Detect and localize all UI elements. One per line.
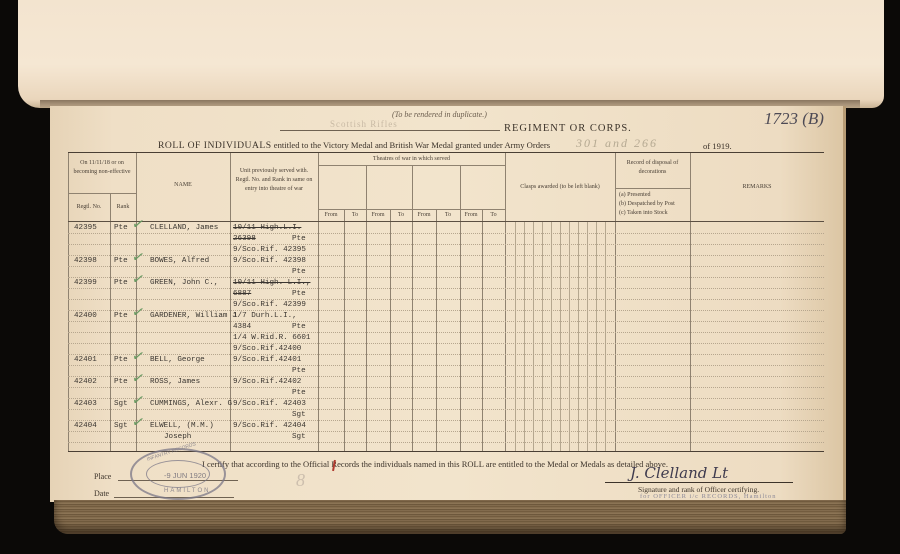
stamp-bottom-text: HAMILTON <box>164 488 210 494</box>
unit-line: 1/4 W.Rid.R. 6601 <box>233 334 310 342</box>
regtl-no: 42402 <box>74 378 97 386</box>
to-header-3: To <box>436 211 460 220</box>
unit-header: Unit previously served with. Regtl. No. … <box>232 167 316 194</box>
row-rule <box>68 332 824 333</box>
row-rule <box>68 244 824 245</box>
unit-line: 9/Sco.Rif. 42395 <box>233 246 306 254</box>
unit-rank: Pte <box>292 367 306 375</box>
checkmark-icon: ✓ <box>130 302 146 322</box>
row-rule <box>68 431 824 432</box>
rank-header: Rank <box>110 203 136 212</box>
remarks-header: REMARKS <box>690 183 824 192</box>
rank: Pte <box>114 356 128 364</box>
row-rule <box>68 365 824 366</box>
row-rule <box>68 255 824 256</box>
header-line <box>318 165 505 166</box>
regtl-no-header: Regtl. No. <box>68 203 110 212</box>
unit-rank: Sgt <box>292 433 306 441</box>
regiment-underline <box>280 130 500 131</box>
row-rule <box>68 420 824 421</box>
soldier-name: ELWELL, (M.M.) <box>150 422 214 430</box>
col-line <box>482 209 483 451</box>
pencil-annotation: 8 <box>296 470 305 491</box>
header-line <box>615 188 690 189</box>
disposal-option-c: (c) Taken into Stock <box>619 209 691 218</box>
row-rule <box>68 398 824 399</box>
name-header: NAME <box>136 181 230 190</box>
col-line <box>615 153 616 451</box>
unit-line: 10/11 High.L.I. <box>233 224 301 232</box>
row-rule <box>68 288 824 289</box>
to-header-2: To <box>390 211 412 220</box>
records-office-stamp: INFANTRY RECORDS -9 JUN 1920 HAMILTON <box>130 448 226 500</box>
soldier-name: CUMMINGS, Alexr. G <box>150 400 232 408</box>
date-label: Date <box>94 489 109 498</box>
regtl-no: 42401 <box>74 356 97 364</box>
unit-line: 9/Sco.Rif.42401 <box>233 356 301 364</box>
unit-line: 9/Sco.Rif. 42404 <box>233 422 306 430</box>
signature-line <box>605 482 793 483</box>
checkmark-icon: ✓ <box>130 269 146 289</box>
unit-rank: Pte <box>292 389 306 397</box>
row-rule <box>68 266 824 267</box>
from-header-2: From <box>366 211 390 220</box>
unit-line: 1/7 Durh.L.I., <box>233 312 297 320</box>
disposal-header: Record of disposal of decorations <box>615 159 690 177</box>
unit-rank: Pte <box>292 268 306 276</box>
soldier-name: GREEN, John C., <box>150 279 218 287</box>
roll-title: ROLL OF INDIVIDUALS entitled to the Vict… <box>158 140 550 151</box>
header-line <box>68 193 136 194</box>
to-header-4: To <box>482 211 505 220</box>
col-line <box>344 209 345 451</box>
row-rule <box>68 321 824 322</box>
unit-rank: Pte <box>292 290 306 298</box>
disposal-option-b: (b) Despatched by Post <box>619 200 691 209</box>
col-line <box>318 153 319 451</box>
unit-line: 9/Sco.Rif. 42398 <box>233 257 306 265</box>
regtl-no: 42398 <box>74 257 97 265</box>
soldier-name: CLELLAND, James <box>150 224 218 232</box>
stamp-date: -9 JUN 1920 <box>164 471 206 480</box>
unit-line: 26398 <box>233 235 256 243</box>
soldier-name-line2: Joseph <box>164 433 191 441</box>
unit-line: 9/Sco.Rif. 42399 <box>233 301 306 309</box>
regiment-label: REGIMENT OR CORPS. <box>504 123 632 134</box>
unit-rank: Pte <box>292 235 306 243</box>
unit-rank: Sgt <box>292 411 306 419</box>
soldier-name: ROSS, James <box>150 378 200 386</box>
col-line <box>505 153 506 451</box>
row-rule <box>68 376 824 377</box>
row-rule <box>68 277 824 278</box>
row-rule <box>68 354 824 355</box>
disposal-option-a: (a) Presented <box>619 191 691 200</box>
signature-stamp: for OFFICER i/c RECORDS, Hamilton <box>640 493 776 500</box>
certification-text: I certify that according to the Official… <box>202 459 668 469</box>
rank: Pte <box>114 257 128 265</box>
row-rule <box>68 233 824 234</box>
medal-roll-table: On 11/11/18 or on becoming non-effective… <box>68 153 824 451</box>
unit-line: 4384 <box>233 323 251 331</box>
regtl-no: 42404 <box>74 422 97 430</box>
row-rule <box>68 343 824 344</box>
row-rule <box>68 387 824 388</box>
unit-line: 9/Sco.Rif.42402 <box>233 378 301 386</box>
book-page-edges <box>54 500 846 534</box>
rank: Sgt <box>114 422 128 430</box>
row-rule <box>68 409 824 410</box>
checkmark-icon: ✓ <box>130 214 146 234</box>
previous-page-curl <box>18 0 884 108</box>
regtl-no: 42395 <box>74 224 97 232</box>
rank: Pte <box>114 224 128 232</box>
regiment-handwritten: Scottish Rifles <box>330 119 398 129</box>
from-header-3: From <box>412 211 436 220</box>
soldier-name: BELL, George <box>150 356 205 364</box>
unit-line: 10/11 High. L.I., <box>233 279 310 287</box>
from-header-4: From <box>460 211 482 220</box>
soldier-name: GARDENER, William J <box>150 312 237 320</box>
place-label: Place <box>94 472 111 481</box>
row-rule <box>68 299 824 300</box>
soldier-name: BOWES, Alfred <box>150 257 209 265</box>
page-reference-number: 1723 (B) <box>764 109 824 129</box>
officer-signature: J. Clelland Lt <box>630 464 728 482</box>
checkmark-icon: ✓ <box>130 412 146 432</box>
army-orders-handwritten: 301 and 266 <box>576 136 658 151</box>
roll-title-prefix: ROLL OF INDIVIDUALS <box>158 140 272 151</box>
checkmark-icon: ✓ <box>130 390 146 410</box>
rank: Pte <box>114 378 128 386</box>
from-header-1: From <box>318 211 344 220</box>
header-bottom-line <box>68 221 824 222</box>
regtl-no: 42400 <box>74 312 97 320</box>
clasps-header: Clasps awarded (to be left blank) <box>505 183 615 192</box>
checkmark-icon: ✓ <box>130 368 146 388</box>
col-line <box>110 193 111 451</box>
unit-rank: Pte <box>292 323 306 331</box>
regtl-no: 42403 <box>74 400 97 408</box>
unit-line: 9/Sco.Rif.42400 <box>233 345 301 353</box>
roll-title-rest: entitled to the Victory Medal and Britis… <box>274 140 550 150</box>
unit-line: 9/Sco.Rif. 42403 <box>233 400 306 408</box>
checkmark-icon: ✓ <box>130 247 146 267</box>
demob-group-header: On 11/11/18 or on becoming non-effective <box>68 159 136 177</box>
checkmark-icon: ✓ <box>130 346 146 366</box>
regtl-no: 42399 <box>74 279 97 287</box>
col-line <box>436 209 437 451</box>
rank: Pte <box>114 279 128 287</box>
col-line <box>68 153 69 451</box>
row-rule <box>68 442 824 443</box>
rank: Pte <box>114 312 128 320</box>
year-label: of 1919. <box>703 141 732 151</box>
unit-line: 6887 <box>233 290 251 298</box>
to-header-1: To <box>344 211 366 220</box>
duplicate-note: (To be rendered in duplicate.) <box>392 110 487 119</box>
theatres-header: Theatres of war in which served <box>318 155 505 164</box>
col-line <box>390 209 391 451</box>
row-rule <box>68 310 824 311</box>
header-line <box>318 209 505 210</box>
rank: Sgt <box>114 400 128 408</box>
